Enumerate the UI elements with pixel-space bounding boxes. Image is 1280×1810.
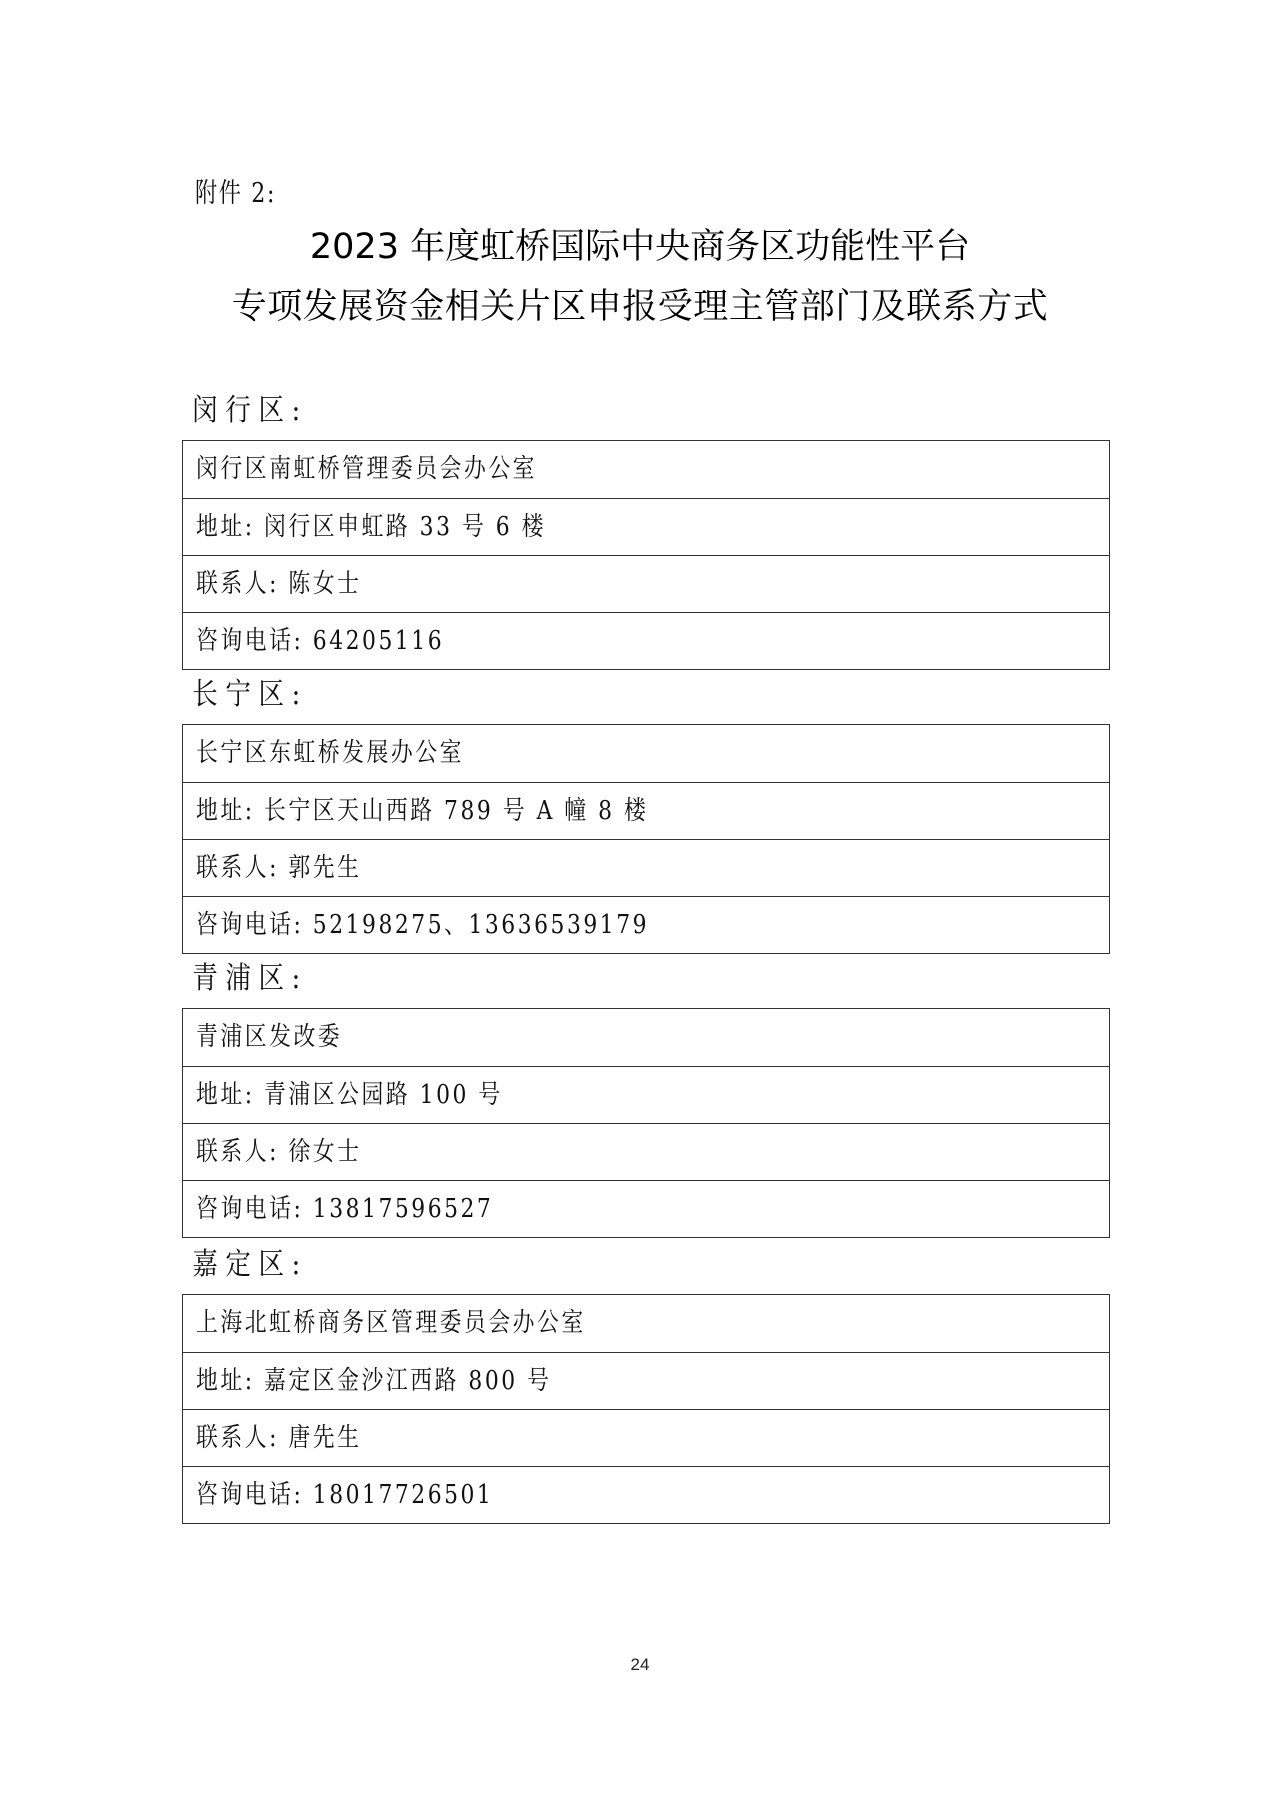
address: 地址: 青浦区公园路 100 号	[196, 1067, 503, 1123]
contact-person: 联系人: 郭先生	[196, 840, 362, 896]
contact-table: 上海北虹桥商务区管理委员会办公室 地址: 嘉定区金沙江西路 800 号 联系人:…	[182, 1294, 1110, 1524]
section-qingpu: 青浦区: 青浦区发改委 地址: 青浦区公园路 100 号 联系人: 徐女士 咨询…	[182, 950, 1110, 1238]
contact-person: 联系人: 唐先生	[196, 1410, 362, 1466]
phone: 咨询电话: 13817596527	[196, 1181, 493, 1237]
page-number: 24	[0, 1655, 1280, 1675]
contact-person-row: 联系人: 陈女士	[183, 555, 1109, 612]
document-title-line-2: 专项发展资金相关片区申报受理主管部门及联系方式	[0, 282, 1280, 332]
phone-row: 咨询电话: 13817596527	[183, 1180, 1109, 1237]
office-name-row: 长宁区东虹桥发展办公室	[183, 725, 1109, 782]
phone: 咨询电话: 52198275、13636539179	[196, 897, 649, 953]
phone-row: 咨询电话: 18017726501	[183, 1466, 1109, 1523]
office-name: 青浦区发改委	[196, 1009, 342, 1066]
section-heading: 长宁区:	[182, 666, 971, 724]
contact-table: 闵行区南虹桥管理委员会办公室 地址: 闵行区申虹路 33 号 6 楼 联系人: …	[182, 440, 1110, 670]
address-row: 地址: 青浦区公园路 100 号	[183, 1066, 1109, 1123]
address-row: 地址: 闵行区申虹路 33 号 6 楼	[183, 498, 1109, 555]
office-name: 闵行区南虹桥管理委员会办公室	[196, 441, 537, 498]
contact-person-row: 联系人: 徐女士	[183, 1123, 1109, 1180]
phone: 咨询电话: 18017726501	[196, 1467, 493, 1523]
address: 地址: 长宁区天山西路 789 号 A 幢 8 楼	[196, 783, 648, 839]
section-heading: 嘉定区:	[182, 1236, 971, 1294]
office-name-row: 上海北虹桥商务区管理委员会办公室	[183, 1295, 1109, 1352]
address: 地址: 闵行区申虹路 33 号 6 楼	[196, 499, 546, 555]
contact-table: 青浦区发改委 地址: 青浦区公园路 100 号 联系人: 徐女士 咨询电话: 1…	[182, 1008, 1110, 1238]
contact-person: 联系人: 陈女士	[196, 556, 362, 612]
contact-table: 长宁区东虹桥发展办公室 地址: 长宁区天山西路 789 号 A 幢 8 楼 联系…	[182, 724, 1110, 954]
section-jiading: 嘉定区: 上海北虹桥商务区管理委员会办公室 地址: 嘉定区金沙江西路 800 号…	[182, 1236, 1110, 1524]
contact-person-row: 联系人: 唐先生	[183, 1409, 1109, 1466]
section-changning: 长宁区: 长宁区东虹桥发展办公室 地址: 长宁区天山西路 789 号 A 幢 8…	[182, 666, 1110, 954]
office-name: 长宁区东虹桥发展办公室	[196, 725, 464, 782]
phone-row: 咨询电话: 52198275、13636539179	[183, 896, 1109, 953]
office-name-row: 青浦区发改委	[183, 1009, 1109, 1066]
contact-person: 联系人: 徐女士	[196, 1124, 362, 1180]
document-title-line-1: 2023 年度虹桥国际中央商务区功能性平台	[0, 222, 1280, 272]
section-heading: 闵行区:	[182, 382, 971, 440]
section-heading: 青浦区:	[182, 950, 971, 1008]
office-name-row: 闵行区南虹桥管理委员会办公室	[183, 441, 1109, 498]
address-row: 地址: 长宁区天山西路 789 号 A 幢 8 楼	[183, 782, 1109, 839]
office-name: 上海北虹桥商务区管理委员会办公室	[196, 1295, 586, 1352]
phone: 咨询电话: 64205116	[196, 613, 444, 669]
contact-person-row: 联系人: 郭先生	[183, 839, 1109, 896]
address: 地址: 嘉定区金沙江西路 800 号	[196, 1353, 551, 1409]
section-minhang: 闵行区: 闵行区南虹桥管理委员会办公室 地址: 闵行区申虹路 33 号 6 楼 …	[182, 382, 1110, 670]
attachment-label: 附件 2:	[195, 174, 276, 214]
phone-row: 咨询电话: 64205116	[183, 612, 1109, 669]
address-row: 地址: 嘉定区金沙江西路 800 号	[183, 1352, 1109, 1409]
